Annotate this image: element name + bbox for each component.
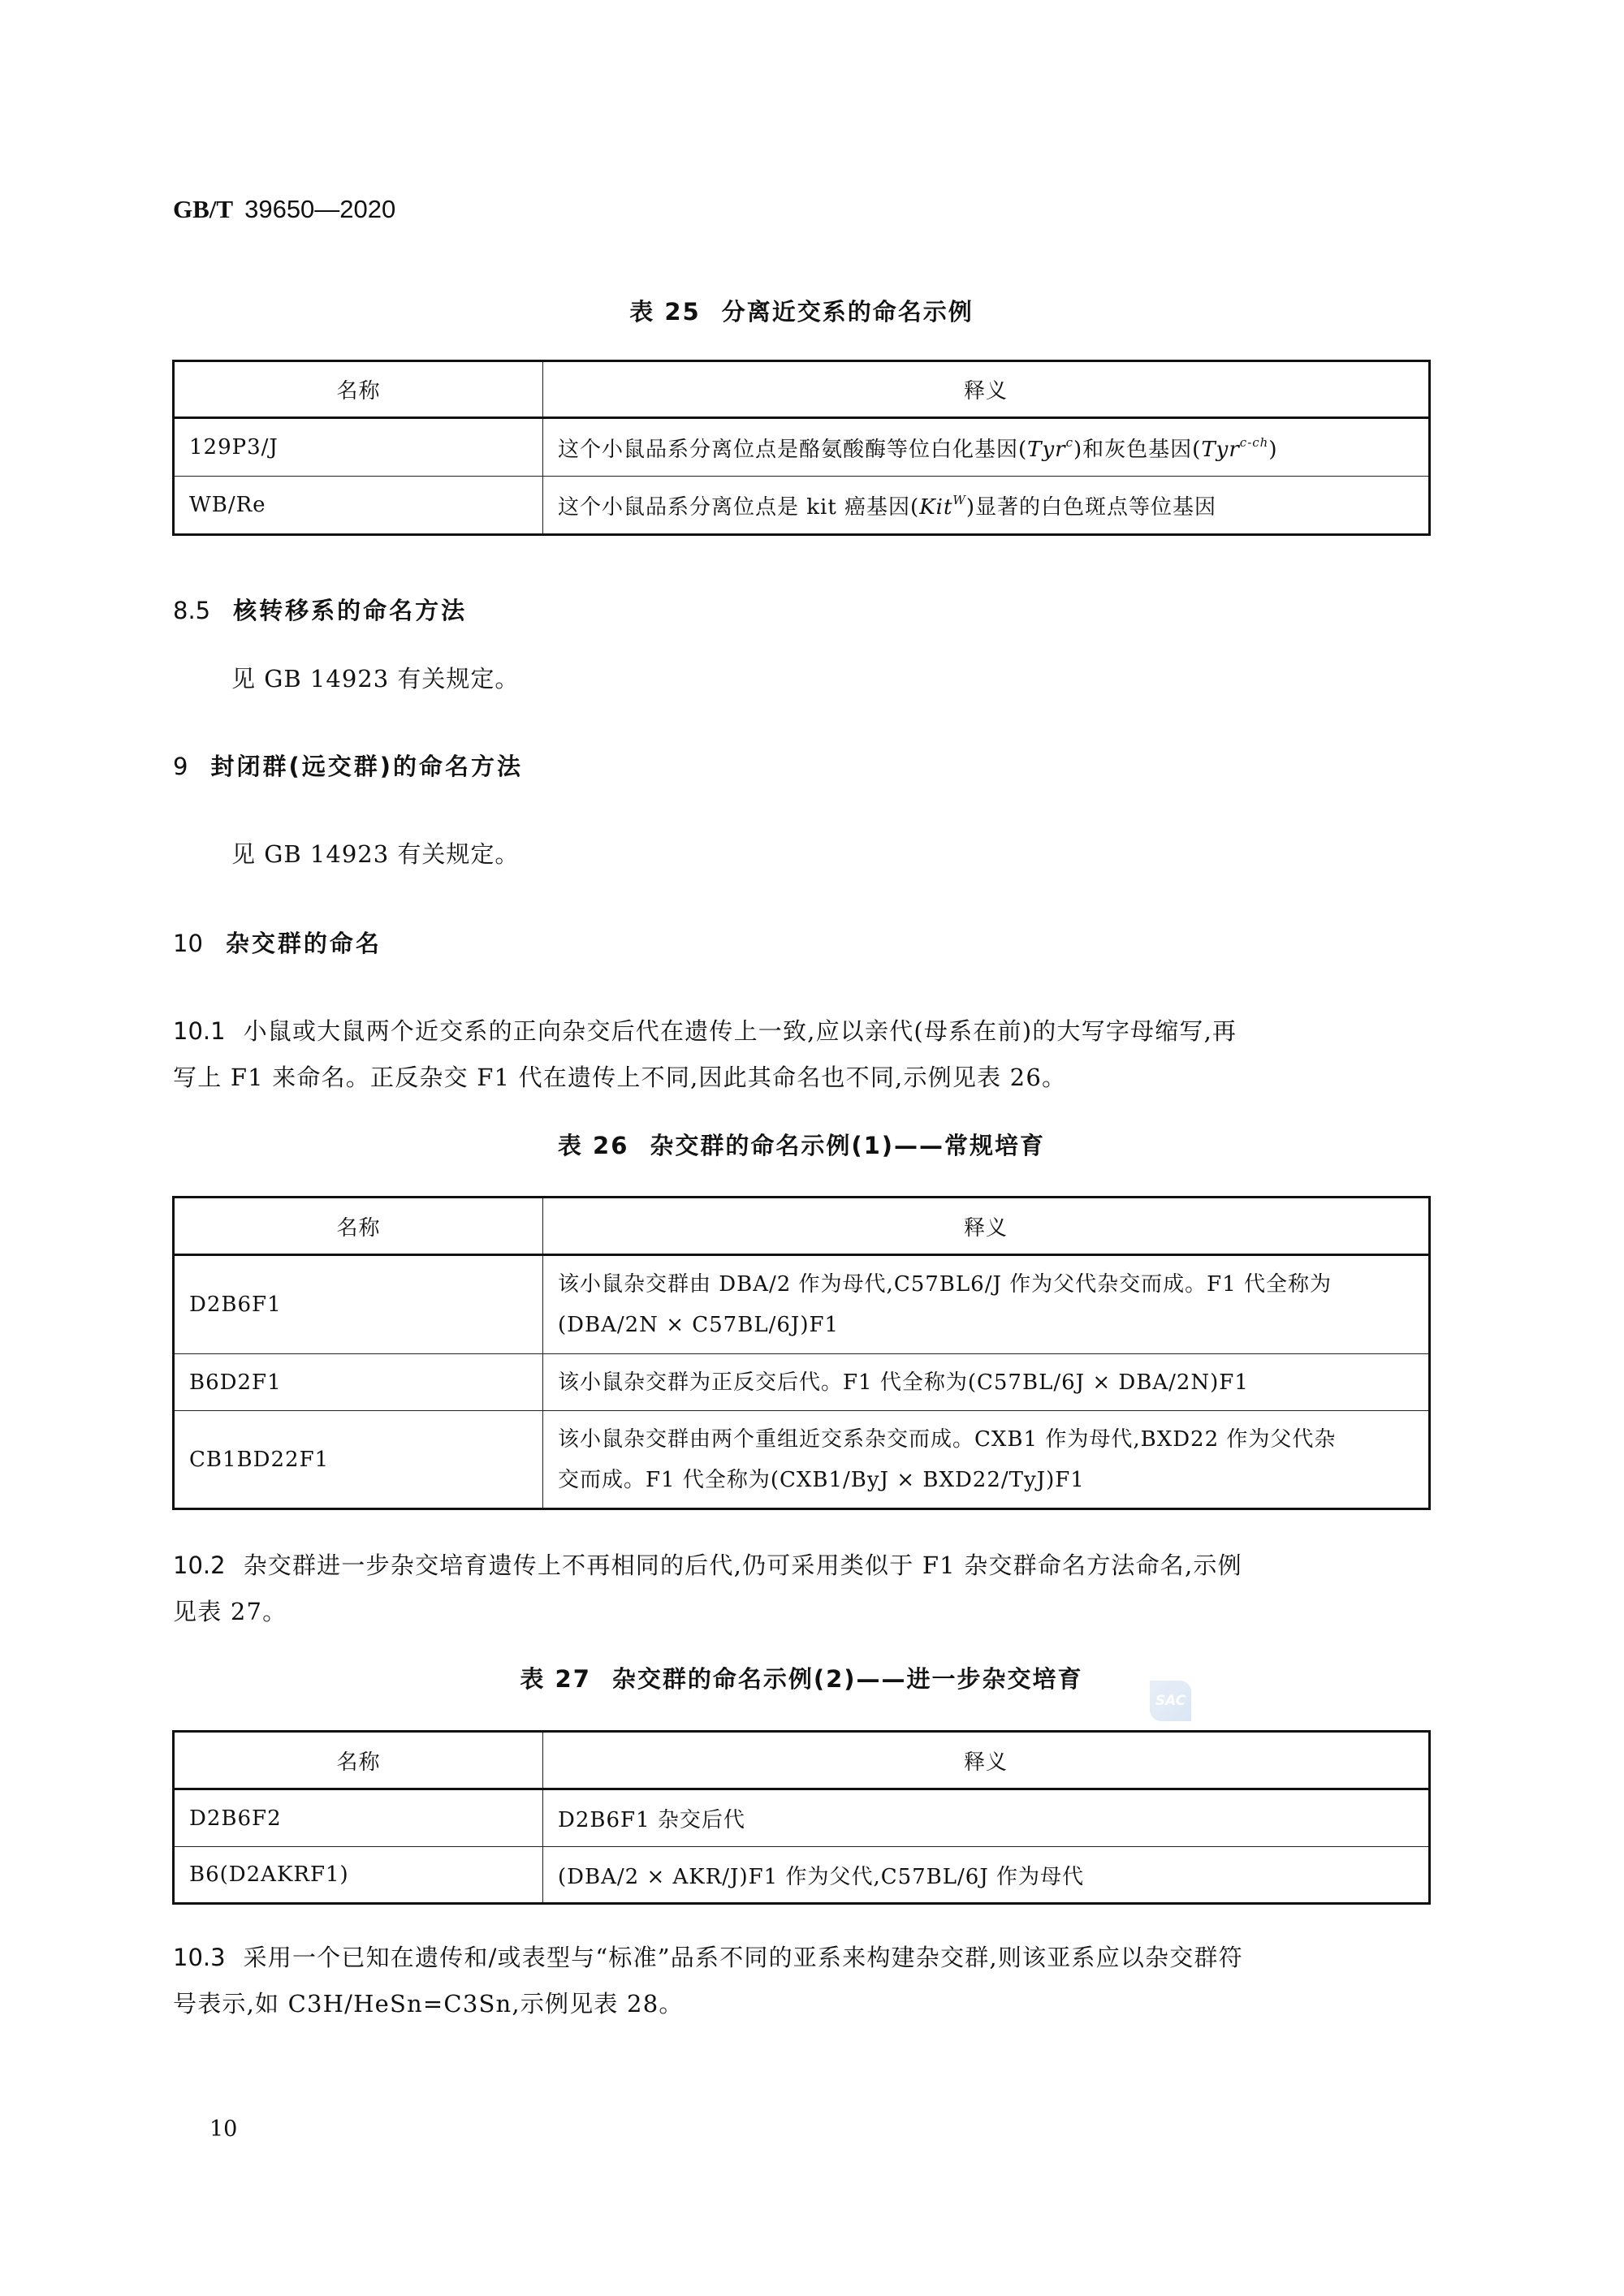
- caption-title: 分离近交系的命名示例: [722, 298, 974, 326]
- table-25-caption: 表 25分离近交系的命名示例: [172, 297, 1431, 326]
- sac-watermark-logo: SAC: [1150, 1681, 1191, 1721]
- table-row: D2B6F2 D2B6F1 杂交后代: [174, 1789, 1430, 1847]
- caption-title: 杂交群的命名示例(2)——进一步杂交培育: [612, 1665, 1083, 1693]
- caption-number: 表 27: [520, 1665, 590, 1693]
- paragraph-line: 小鼠或大鼠两个近交系的正向杂交后代在遗传上一致,应以亲代(母系在前)的大写字母缩…: [244, 1017, 1237, 1045]
- paragraph-line: 杂交群进一步杂交培育遗传上不再相同的后代,仍可采用类似于 F1 杂交群命名方法命…: [244, 1552, 1242, 1579]
- caption-number: 表 26: [558, 1132, 628, 1159]
- section-8-5-body: 见 GB 14923 有关规定。: [231, 664, 519, 693]
- cell-definition: (DBA/2 × AKR/J)F1 作为父代,C57BL/6J 作为母代: [543, 1847, 1430, 1904]
- section-title: 核转移系的命名方法: [233, 597, 467, 624]
- column-header-name: 名称: [174, 1732, 543, 1789]
- paragraph-10-1: 10.1小鼠或大鼠两个近交系的正向杂交后代在遗传上一致,应以亲代(母系在前)的大…: [173, 1008, 1432, 1101]
- table-26-caption: 表 26杂交群的命名示例(1)——常规培育: [172, 1131, 1431, 1160]
- document-header: GB/T39650—2020: [173, 195, 395, 224]
- table-header-row: 名称 释义: [174, 1198, 1430, 1255]
- section-title: 杂交群的命名: [226, 930, 382, 957]
- cell-definition: D2B6F1 杂交后代: [543, 1789, 1430, 1847]
- cell-definition: 该小鼠杂交群由 DBA/2 作为母代,C57BL6/J 作为父代杂交而成。F1 …: [543, 1255, 1430, 1354]
- section-heading-10: 10杂交群的命名: [173, 929, 382, 958]
- column-header-name: 名称: [174, 1198, 543, 1255]
- table-27: 名称 释义 D2B6F2 D2B6F1 杂交后代 B6(D2AKRF1) (DB…: [172, 1730, 1431, 1905]
- section-number: 10: [173, 930, 203, 957]
- cell-name: 129P3/J: [174, 418, 543, 477]
- paragraph-line: 见表 27。: [173, 1589, 1432, 1635]
- paragraph-10-3: 10.3采用一个已知在遗传和/或表型与“标准”品系不同的亚系来构建杂交群,则该亚…: [173, 1935, 1432, 2027]
- table-row: B6D2F1 该小鼠杂交群为正反交后代。F1 代全称为(C57BL/6J × D…: [174, 1354, 1430, 1411]
- cell-definition: 这个小鼠品系分离位点是 kit 癌基因(KitW)显著的白色斑点等位基因: [543, 477, 1430, 535]
- cell-name: B6D2F1: [174, 1354, 543, 1411]
- table-row: WB/Re 这个小鼠品系分离位点是 kit 癌基因(KitW)显著的白色斑点等位…: [174, 477, 1430, 535]
- caption-title: 杂交群的命名示例(1)——常规培育: [650, 1132, 1045, 1159]
- standard-number: 39650—2020: [244, 195, 395, 223]
- column-header-name: 名称: [174, 361, 543, 418]
- table-27-caption: 表 27杂交群的命名示例(2)——进一步杂交培育: [172, 1664, 1431, 1694]
- table-26: 名称 释义 D2B6F1 该小鼠杂交群由 DBA/2 作为母代,C57BL6/J…: [172, 1196, 1431, 1510]
- section-heading-9: 9封闭群(远交群)的命名方法: [173, 752, 523, 781]
- table-row: D2B6F1 该小鼠杂交群由 DBA/2 作为母代,C57BL6/J 作为父代杂…: [174, 1255, 1430, 1354]
- cell-definition: 该小鼠杂交群由两个重组近交系杂交而成。CXB1 作为母代,BXD22 作为父代杂…: [543, 1411, 1430, 1509]
- paragraph-number: 10.3: [173, 1944, 226, 1971]
- paragraph-line: 写上 F1 来命名。正反杂交 F1 代在遗传上不同,因此其命名也不同,示例见表 …: [173, 1055, 1432, 1101]
- table-header-row: 名称 释义: [174, 1732, 1430, 1789]
- table-header-row: 名称 释义: [174, 361, 1430, 418]
- column-header-definition: 释义: [543, 1732, 1430, 1789]
- table-row: B6(D2AKRF1) (DBA/2 × AKR/J)F1 作为父代,C57BL…: [174, 1847, 1430, 1904]
- caption-number: 表 25: [629, 298, 700, 326]
- paragraph-number: 10.2: [173, 1552, 226, 1579]
- cell-name: D2B6F2: [174, 1789, 543, 1847]
- section-number: 8.5: [173, 597, 210, 624]
- section-9-body: 见 GB 14923 有关规定。: [231, 839, 519, 869]
- paragraph-10-2: 10.2杂交群进一步杂交培育遗传上不再相同的后代,仍可采用类似于 F1 杂交群命…: [173, 1543, 1432, 1635]
- standard-code: GB/T: [173, 195, 233, 223]
- paragraph-line: 号表示,如 C3H/HeSn=C3Sn,示例见表 28。: [173, 1981, 1432, 2027]
- paragraph-line: 采用一个已知在遗传和/或表型与“标准”品系不同的亚系来构建杂交群,则该亚系应以杂…: [244, 1944, 1243, 1971]
- page-number: 10: [209, 2117, 237, 2142]
- cell-definition: 这个小鼠品系分离位点是酪氨酸酶等位白化基因(Tyrc)和灰色基因(Tyrc-ch…: [543, 418, 1430, 477]
- table-row: 129P3/J 这个小鼠品系分离位点是酪氨酸酶等位白化基因(Tyrc)和灰色基因…: [174, 418, 1430, 477]
- column-header-definition: 释义: [543, 1198, 1430, 1255]
- cell-name: CB1BD22F1: [174, 1411, 543, 1509]
- cell-name: B6(D2AKRF1): [174, 1847, 543, 1904]
- cell-name: D2B6F1: [174, 1255, 543, 1354]
- cell-name: WB/Re: [174, 477, 543, 535]
- paragraph-number: 10.1: [173, 1017, 226, 1045]
- table-25: 名称 释义 129P3/J 这个小鼠品系分离位点是酪氨酸酶等位白化基因(Tyrc…: [172, 360, 1431, 536]
- section-number: 9: [173, 753, 188, 780]
- section-title: 封闭群(远交群)的命名方法: [210, 753, 523, 780]
- section-heading-8-5: 8.5核转移系的命名方法: [173, 596, 467, 625]
- column-header-definition: 释义: [543, 361, 1430, 418]
- cell-definition: 该小鼠杂交群为正反交后代。F1 代全称为(C57BL/6J × DBA/2N)F…: [543, 1354, 1430, 1411]
- table-row: CB1BD22F1 该小鼠杂交群由两个重组近交系杂交而成。CXB1 作为母代,B…: [174, 1411, 1430, 1509]
